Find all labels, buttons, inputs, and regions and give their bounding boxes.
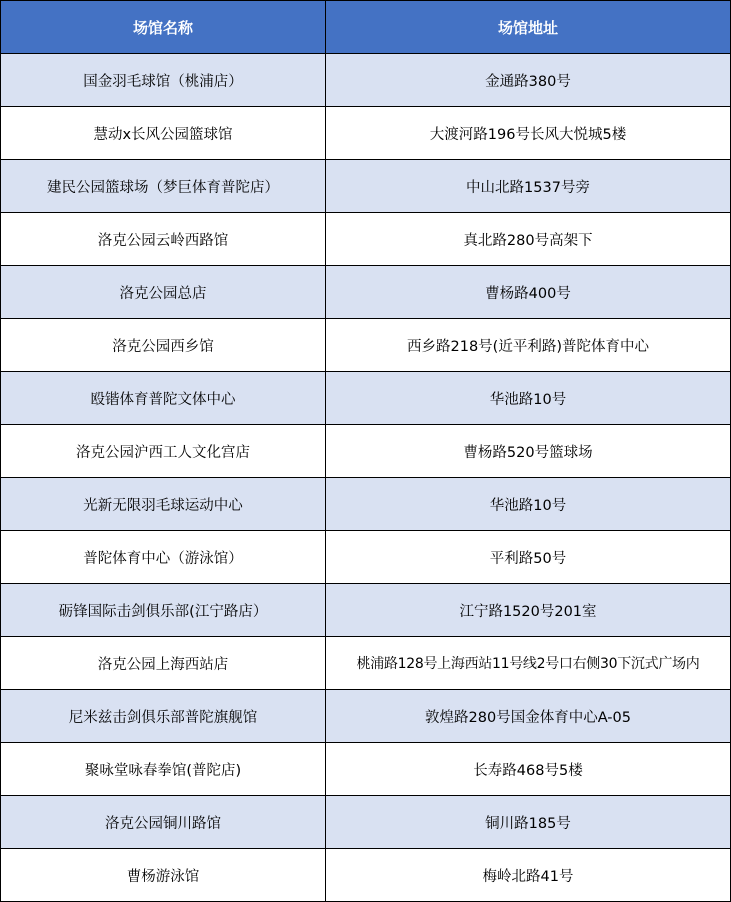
venue-name-cell: 尼米兹击剑俱乐部普陀旗舰馆 — [1, 690, 326, 743]
venue-name-cell: 慧动x长风公园篮球馆 — [1, 107, 326, 160]
venue-name-cell: 曹杨游泳馆 — [1, 849, 326, 902]
venue-name-cell: 国金羽毛球馆（桃浦店） — [1, 54, 326, 107]
venue-address-cell: 大渡河路196号长风大悦城5楼 — [326, 107, 731, 160]
venue-address-cell: 中山北路1537号旁 — [326, 160, 731, 213]
venue-name-cell: 洛克公园总店 — [1, 266, 326, 319]
table-row: 建民公园篮球场（梦巨体育普陀店） 中山北路1537号旁 — [1, 160, 731, 213]
column-header-venue-name: 场馆名称 — [1, 1, 326, 54]
venue-name-cell: 建民公园篮球场（梦巨体育普陀店） — [1, 160, 326, 213]
venue-address-cell: 梅岭北路41号 — [326, 849, 731, 902]
table-row: 殴锴体育普陀文体中心 华池路10号 — [1, 372, 731, 425]
table-row: 慧动x长风公园篮球馆 大渡河路196号长风大悦城5楼 — [1, 107, 731, 160]
venue-name-cell: 洛克公园云岭西路馆 — [1, 213, 326, 266]
venue-name-cell: 洛克公园上海西站店 — [1, 637, 326, 690]
table-row: 洛克公园铜川路馆 铜川路185号 — [1, 796, 731, 849]
venue-address-cell: 江宁路1520号201室 — [326, 584, 731, 637]
venue-table: 场馆名称 场馆地址 国金羽毛球馆（桃浦店） 金通路380号 慧动x长风公园篮球馆… — [0, 0, 731, 902]
venue-name-cell: 洛克公园铜川路馆 — [1, 796, 326, 849]
venue-address-cell: 曹杨路520号篮球场 — [326, 425, 731, 478]
venue-address-cell: 平利路50号 — [326, 531, 731, 584]
venue-address-cell: 桃浦路128号上海西站11号线2号口右侧30下沉式广场内 — [326, 637, 731, 690]
venue-address-cell: 曹杨路400号 — [326, 266, 731, 319]
venue-address-cell: 华池路10号 — [326, 372, 731, 425]
venue-address-cell: 真北路280号高架下 — [326, 213, 731, 266]
venue-name-cell: 洛克公园西乡馆 — [1, 319, 326, 372]
venue-address-cell: 金通路380号 — [326, 54, 731, 107]
table-row: 聚咏堂咏春拳馆(普陀店) 长寿路468号5楼 — [1, 743, 731, 796]
table-row: 尼米兹击剑俱乐部普陀旗舰馆 敦煌路280号国金体育中心A-05 — [1, 690, 731, 743]
table-row: 洛克公园上海西站店 桃浦路128号上海西站11号线2号口右侧30下沉式广场内 — [1, 637, 731, 690]
venue-name-cell: 砺锋国际击剑俱乐部(江宁路店） — [1, 584, 326, 637]
table-row: 普陀体育中心（游泳馆） 平利路50号 — [1, 531, 731, 584]
venue-address-cell: 铜川路185号 — [326, 796, 731, 849]
venue-address-cell: 西乡路218号(近平利路)普陀体育中心 — [326, 319, 731, 372]
venue-address-cell: 长寿路468号5楼 — [326, 743, 731, 796]
venue-address-cell: 华池路10号 — [326, 478, 731, 531]
venue-name-cell: 普陀体育中心（游泳馆） — [1, 531, 326, 584]
venue-name-cell: 光新无限羽毛球运动中心 — [1, 478, 326, 531]
table-row: 洛克公园总店 曹杨路400号 — [1, 266, 731, 319]
table-row: 国金羽毛球馆（桃浦店） 金通路380号 — [1, 54, 731, 107]
venue-address-cell: 敦煌路280号国金体育中心A-05 — [326, 690, 731, 743]
venue-name-cell: 洛克公园沪西工人文化宫店 — [1, 425, 326, 478]
column-header-venue-address: 场馆地址 — [326, 1, 731, 54]
table-row: 砺锋国际击剑俱乐部(江宁路店） 江宁路1520号201室 — [1, 584, 731, 637]
table-row: 洛克公园云岭西路馆 真北路280号高架下 — [1, 213, 731, 266]
venue-name-cell: 聚咏堂咏春拳馆(普陀店) — [1, 743, 326, 796]
table-row: 洛克公园西乡馆 西乡路218号(近平利路)普陀体育中心 — [1, 319, 731, 372]
table-row: 光新无限羽毛球运动中心 华池路10号 — [1, 478, 731, 531]
venue-name-cell: 殴锴体育普陀文体中心 — [1, 372, 326, 425]
table-row: 曹杨游泳馆 梅岭北路41号 — [1, 849, 731, 902]
table-header-row: 场馆名称 场馆地址 — [1, 1, 731, 54]
table-row: 洛克公园沪西工人文化宫店 曹杨路520号篮球场 — [1, 425, 731, 478]
